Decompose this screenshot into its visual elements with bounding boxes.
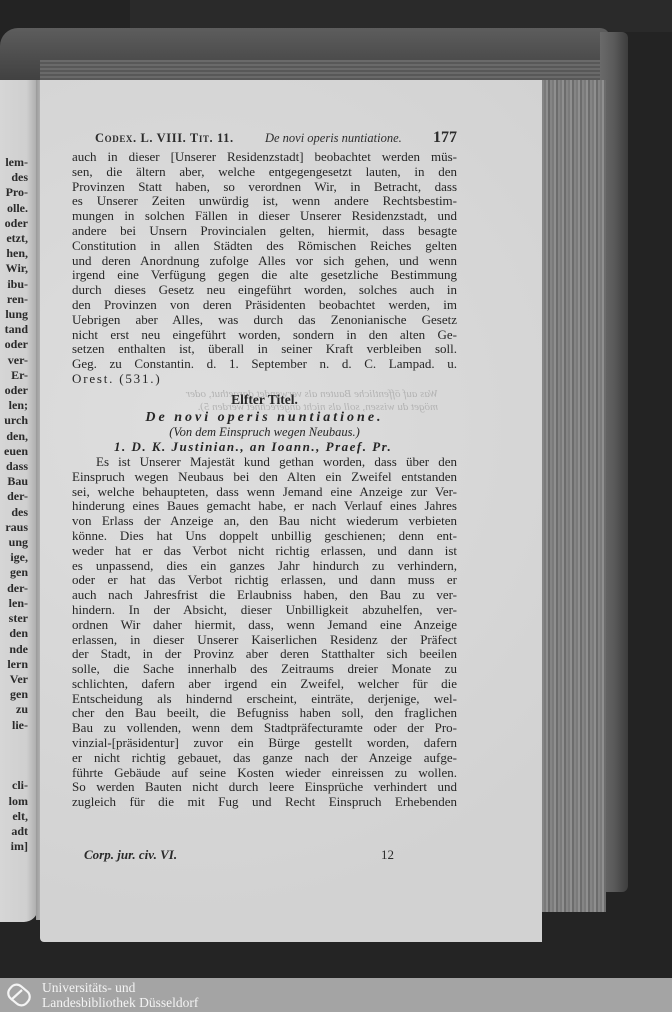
library-name-line1: Universitäts- und (42, 980, 198, 995)
page-number: 177 (433, 129, 457, 147)
text-line: Provinzen Statt haben, so verordnen Wir,… (72, 180, 457, 195)
left-page-fragment: Pro- (0, 185, 28, 200)
left-page-fragment: len; (0, 398, 28, 413)
text-line: auch nach Jahresfrist die Erlaubniss hab… (72, 588, 457, 603)
subscription-text: Orest. (531.) (72, 371, 161, 386)
left-page-fragment: ibu- (0, 277, 28, 292)
left-page-fragment (0, 733, 28, 748)
left-page-fragment: lung (0, 307, 28, 322)
text-line: hinderung eines Baues gemacht habe, er n… (72, 499, 457, 514)
left-page-fragment: Bau (0, 474, 28, 489)
left-page-fragment (0, 748, 28, 763)
german-title: (Von dem Einspruch wegen Neubaus.) (72, 425, 457, 440)
left-page-fragment: der- (0, 489, 28, 504)
left-page-fragment: zu (0, 702, 28, 717)
left-page-fragment: Er- (0, 368, 28, 383)
left-page-fragment: des (0, 505, 28, 520)
text-line: durch dieses Gesetz neu eingeführt worde… (72, 283, 457, 298)
left-page-fragment: den, (0, 429, 28, 444)
text-line: zugleich für die mit Fug und Recht Einsp… (72, 795, 457, 810)
text-line: könne. Dies hat Uns doppelt unbillig ges… (72, 529, 457, 544)
text-line: auch in dieser [Unserer Residenzstadt] b… (72, 150, 457, 165)
left-page-fragment: ster (0, 611, 28, 626)
left-page-fragment: des (0, 170, 28, 185)
left-page-fragment: der- (0, 581, 28, 596)
text-line: ordnen Wir daher hiermit, dass, wenn Jem… (72, 618, 457, 633)
text-line: setzen enthalten ist, überall in seiner … (72, 342, 457, 357)
left-page-fragment: Ver (0, 672, 28, 687)
text-line: irgend eine Verfügung gegen die alte ges… (72, 268, 457, 283)
latin-title: De novi operis nuntiatione. (72, 411, 457, 426)
left-page-fragment: adt (0, 824, 28, 839)
left-page-fragment: im] (0, 839, 28, 854)
text-line: So werden Bauten nicht durch leere Einsp… (72, 780, 457, 795)
left-page-fragment: oder (0, 216, 28, 231)
text-line: er nicht richtig gebauet, das ganze nach… (72, 751, 457, 766)
text-line: es Unserer Zeiten unwürdig ist, wenn and… (72, 194, 457, 209)
text-line: es unpassend, dies ein ganzes Jahr hindu… (72, 559, 457, 574)
text-line: Uebrigen aber Alles, was durch das Zenon… (72, 313, 457, 328)
left-page-fragment: nde (0, 642, 28, 657)
page-edges-top (40, 60, 600, 82)
left-page-fragment: den (0, 626, 28, 641)
text-line: nicht erst neu eingeführt worden, sonder… (72, 328, 457, 343)
left-page-fragment: hen, (0, 246, 28, 261)
left-page-fragment: euen (0, 444, 28, 459)
library-banner: Universitäts- und Landesbibliothek Düsse… (0, 978, 672, 1012)
text-line: Constitution in allen Städten des Römisc… (72, 239, 457, 254)
running-head: Codex. L. VIII. Tit. 11. De novi operis … (95, 129, 457, 147)
left-page-fragment: urch (0, 413, 28, 428)
left-page-fragment: gen (0, 687, 28, 702)
left-page-fragment (0, 763, 28, 778)
page-footer: Corp. jur. civ. VI. 12 (84, 847, 394, 863)
title-label: Elfter Titel. (72, 393, 457, 408)
left-page-fragment: tand (0, 322, 28, 337)
text-line: sei, welche behaupteten, dass wenn Jeman… (72, 485, 457, 500)
text-line: vinzial-[präsidentur] zuvor ein Bürge ge… (72, 736, 457, 751)
text-line: oder er hat das Verbot richtig erlassen,… (72, 573, 457, 588)
running-head-codex: Codex. L. VIII. Tit. 11. (95, 131, 234, 146)
left-page-fragment: lom (0, 794, 28, 809)
left-page-fragment: ren- (0, 292, 28, 307)
left-page-fragment: raus (0, 520, 28, 535)
text-line: andere bei Unsern Provincialen gelten, h… (72, 224, 457, 239)
text-line: cher den Bau beeilt, die Befugniss haben… (72, 706, 457, 721)
running-head-title: De novi operis nuntiatione. (265, 131, 402, 146)
page-edges-right (536, 80, 606, 912)
library-name: Universitäts- und Landesbibliothek Düsse… (42, 980, 198, 1010)
text-line: schlichten, dafern aber irgend ein Zweif… (72, 677, 457, 692)
text-line: und deren Anordnung zufolge Alles vor si… (72, 254, 457, 269)
text-line: Entscheidung als hindernd erscheint, ein… (72, 692, 457, 707)
left-page-fragment: gen (0, 565, 28, 580)
left-page-text: lem-desPro-olle.oderetzt,hen,Wir,ibu-ren… (0, 155, 28, 854)
text-line: hindern. In der Absicht, dieser Unbillig… (72, 603, 457, 618)
text-line: Bau zu vollenden, wenn dem Stadtpräfectu… (72, 721, 457, 736)
left-page-fragment: oder (0, 383, 28, 398)
left-page-fragment: Wir, (0, 261, 28, 276)
text-line: mungen in solchen Fällen in dieser Unser… (72, 209, 457, 224)
left-page-fragment: elt, (0, 809, 28, 824)
paragraph-top: auch in dieser [Unserer Residenzstadt] b… (72, 150, 457, 372)
text-line: von Erlass der Anzeige an, den Bau nicht… (72, 514, 457, 529)
book-logo-icon (2, 978, 36, 1012)
paragraph-bottom: Es ist Unserer Majestät kund gethan word… (72, 455, 457, 810)
text-line: erlassen, in dieser Unserer Kaiserlichen… (72, 633, 457, 648)
text-line: Einspruch wegen Neubaus bei den Alten ei… (72, 470, 457, 485)
left-page-fragment: cli- (0, 778, 28, 793)
left-page-fragment: lern (0, 657, 28, 672)
left-page-fragment: oder (0, 337, 28, 352)
sheet-number: 12 (381, 847, 394, 863)
left-page-fragment: ige, (0, 550, 28, 565)
text-line: der Stadt, in der Provinz aber deren Sta… (72, 647, 457, 662)
left-page-fragment: dass (0, 459, 28, 474)
text-line: Geg. zu Constantin. d. 1. September n. d… (72, 357, 457, 372)
left-page-fragment: lie- (0, 718, 28, 733)
scan-image: lem-desPro-olle.oderetzt,hen,Wir,ibu-ren… (0, 0, 672, 978)
subscription-end: Orest. (531.) (72, 372, 457, 387)
text-line: den Provinzen von deren Präsidenten beob… (72, 298, 457, 313)
text-line: Es ist Unserer Majestät kund gethan word… (72, 455, 457, 470)
text-line: solle, die Sache innerhalb des Zeitraums… (72, 662, 457, 677)
left-page-fragment: ung (0, 535, 28, 550)
text-line: führte Gebäude auf seine Kosten wieder e… (72, 766, 457, 781)
left-page-fragment: lem- (0, 155, 28, 170)
text-line: sen, die ältern aber, welche entgegenges… (72, 165, 457, 180)
constitution-heading: 1. D. K. Justinian., an Ioann., Praef. P… (72, 440, 457, 455)
page-body: auch in dieser [Unserer Residenzstadt] b… (72, 150, 457, 810)
left-page-fragment: len- (0, 596, 28, 611)
left-page-fragment: olle. (0, 201, 28, 216)
library-name-line2: Landesbibliothek Düsseldorf (42, 995, 198, 1010)
signature-mark: Corp. jur. civ. VI. (84, 847, 177, 863)
left-page-fragment: ver- (0, 353, 28, 368)
text-line: weder hat er das Verbot nicht richtig er… (72, 544, 457, 559)
left-page-fragment: etzt, (0, 231, 28, 246)
